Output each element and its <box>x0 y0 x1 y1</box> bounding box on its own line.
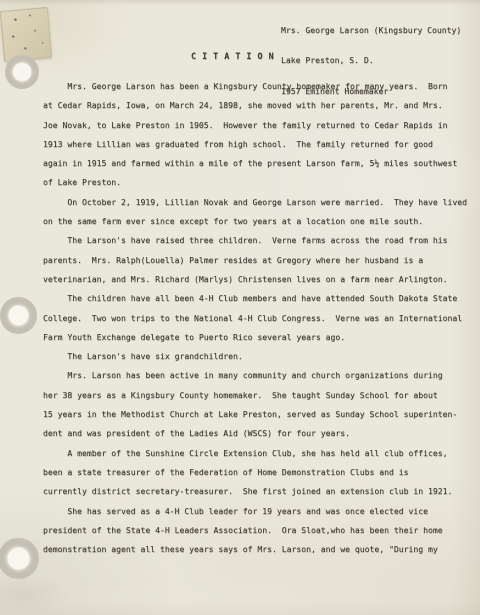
body-line: The Larson's have six grandchildren. <box>43 347 473 366</box>
body-line: veterinarian, and Mrs. Richard (Marlys) … <box>43 270 473 289</box>
hole-punch-reinforcement-bottom <box>0 538 39 579</box>
header-location-line: Lake Preston, S. D. <box>281 55 461 65</box>
tape-fragment <box>0 7 52 62</box>
document-title: C I T A T I O N <box>191 51 274 61</box>
body-line: dent and was president of the Ladies Aid… <box>43 424 473 443</box>
body-line: on the same farm ever since except for t… <box>43 212 473 231</box>
body-line: of Lake Preston. <box>43 173 473 192</box>
body-line: Mrs. Larson has been active in many comm… <box>43 366 473 385</box>
body-line: College. Two won trips to the National 4… <box>43 309 473 328</box>
body-line: She has served as a 4-H Club leader for … <box>43 502 473 521</box>
body-line: A member of the Sunshine Circle Extensio… <box>43 444 473 463</box>
body-line: The children have all been 4-H Club memb… <box>43 289 473 308</box>
body-line: currently district secretary-treasurer. … <box>43 482 473 501</box>
body-line: been a state treasurer of the Federation… <box>43 463 473 482</box>
hole-punch-reinforcement-top <box>5 55 39 89</box>
paper-stain <box>0 575 70 615</box>
body-line: Joe Novak, to Lake Preston in 1905. Howe… <box>43 116 473 135</box>
body-line: at Cedar Rapids, Iowa, on March 24, 1898… <box>43 96 473 115</box>
body-line: her 38 years as a Kingsbury County homem… <box>43 386 473 405</box>
body-line: Mrs. George Larson has been a Kingsbury … <box>43 77 473 96</box>
body-line: again in 1915 and farmed within a mile o… <box>43 154 473 173</box>
hole-punch-reinforcement-middle <box>0 297 37 334</box>
body-line: demonstration agent all these years says… <box>43 540 473 559</box>
document-body: Mrs. George Larson has been a Kingsbury … <box>43 77 473 559</box>
header-name-line: Mrs. George Larson (Kingsbury County) <box>281 25 461 35</box>
body-line: parents. Mrs. Ralph(Louella) Palmer resi… <box>43 251 473 270</box>
body-line: president of the State 4-H Leaders Assoc… <box>43 521 473 540</box>
body-line: Farm Youth Exchange delegate to Puerto R… <box>43 328 473 347</box>
body-line: The Larson's have raised three children.… <box>43 231 473 250</box>
body-line: 15 years in the Methodist Church at Lake… <box>43 405 473 424</box>
document-page: Mrs. George Larson (Kingsbury County) La… <box>0 0 480 615</box>
body-line: 1913 where Lillian was graduated from hi… <box>43 135 473 154</box>
body-line: On October 2, 1919, Lillian Novak and Ge… <box>43 193 473 212</box>
